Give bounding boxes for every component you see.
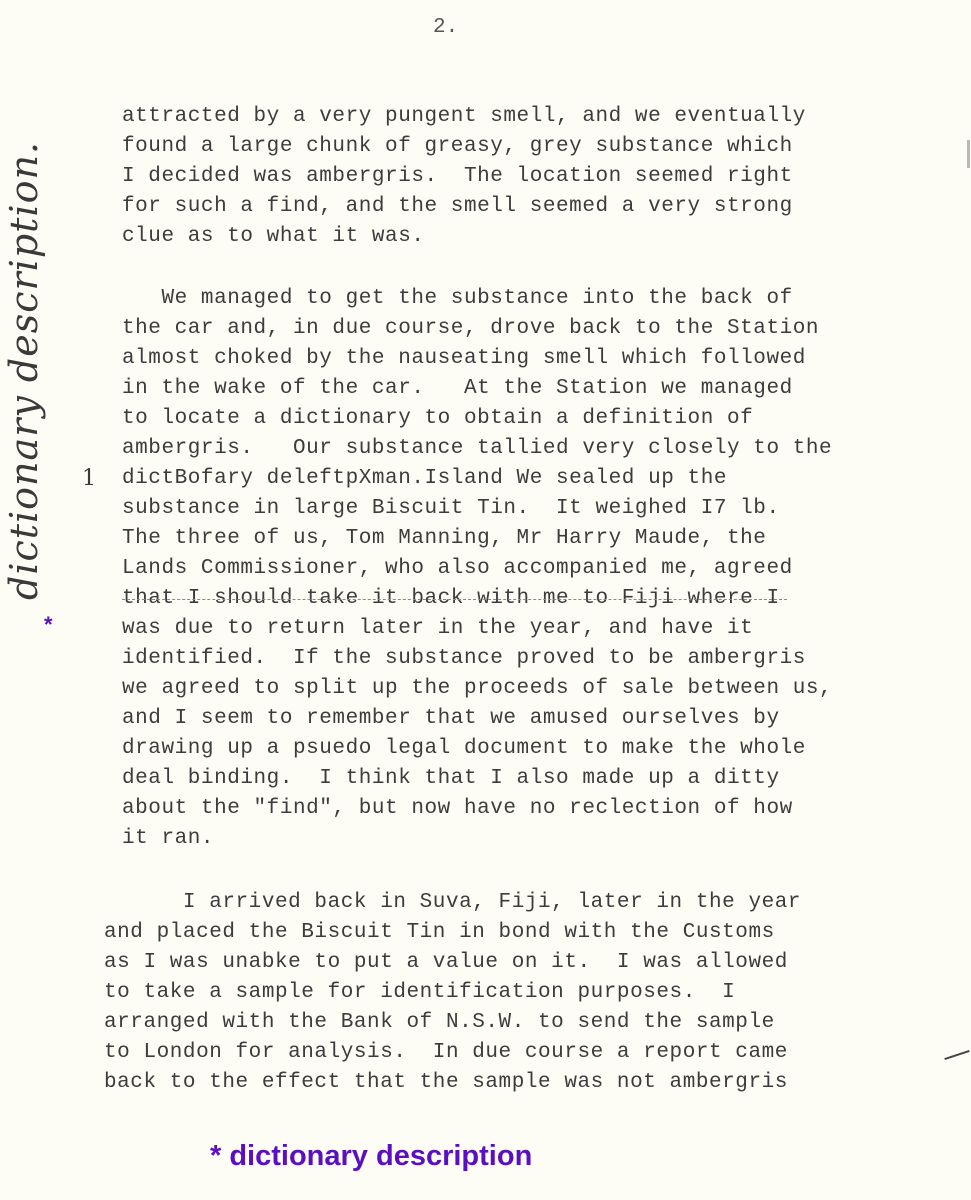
- text-line: for such a find, and the smell seemed a …: [122, 192, 806, 222]
- text-line: Lands Commissioner, who also accompanied…: [122, 554, 832, 584]
- overtyped-line: dictBofary deleftpXman.Island We sealed …: [122, 464, 832, 494]
- text-line: almost choked by the nauseating smell wh…: [122, 344, 832, 374]
- page-number: 2.: [433, 16, 458, 39]
- text-line: in the wake of the car. At the Station w…: [122, 374, 832, 404]
- paragraph-1: attracted by a very pungent smell, and w…: [122, 102, 806, 252]
- text-line: deal binding. I think that I also made u…: [122, 764, 832, 794]
- text-line: to take a sample for identification purp…: [104, 978, 801, 1008]
- text-line: we agreed to split up the proceeds of sa…: [122, 674, 832, 704]
- text-line: ambergris. Our substance tallied very cl…: [122, 434, 832, 464]
- text-line: as I was unabke to put a value on it. I …: [104, 948, 801, 978]
- text-line: The three of us, Tom Manning, Mr Harry M…: [122, 524, 832, 554]
- text-line: arranged with the Bank of N.S.W. to send…: [104, 1008, 801, 1038]
- text-line: identified. If the substance proved to b…: [122, 644, 832, 674]
- text-line: attracted by a very pungent smell, and w…: [122, 102, 806, 132]
- text-line: We managed to get the substance into the…: [122, 284, 832, 314]
- text-line: about the "find", but now have no reclec…: [122, 794, 832, 824]
- text-line: the car and, in due course, drove back t…: [122, 314, 832, 344]
- text-line: to locate a dictionary to obtain a defin…: [122, 404, 832, 434]
- handwritten-margin-note: dictionary description.: [2, 141, 46, 600]
- asterisk-marker: *: [44, 612, 53, 638]
- struck-text-line: that I should take it back with me to Fi…: [122, 584, 832, 614]
- text-line: found a large chunk of greasy, grey subs…: [122, 132, 806, 162]
- text-line: I decided was ambergris. The location se…: [122, 162, 806, 192]
- scan-edge-mark: [967, 140, 970, 168]
- text-line: drawing up a psuedo legal document to ma…: [122, 734, 832, 764]
- text-line: and placed the Biscuit Tin in bond with …: [104, 918, 801, 948]
- text-line: substance in large Biscuit Tin. It weigh…: [122, 494, 832, 524]
- margin-pen-mark: [944, 1050, 969, 1060]
- handwritten-footnote-number: 1: [82, 466, 96, 491]
- text-line: and I seem to remember that we amused ou…: [122, 704, 832, 734]
- footnote-caption: * dictionary description: [210, 1140, 532, 1173]
- text-line: back to the effect that the sample was n…: [104, 1068, 801, 1098]
- paragraph-3: I arrived back in Suva, Fiji, later in t…: [104, 888, 801, 1098]
- text-line: was due to return later in the year, and…: [122, 614, 832, 644]
- text-line: I arrived back in Suva, Fiji, later in t…: [104, 888, 801, 918]
- text-line: it ran.: [122, 824, 832, 854]
- text-line: to London for analysis. In due course a …: [104, 1038, 801, 1068]
- paragraph-2: We managed to get the substance into the…: [122, 284, 832, 854]
- text-line: clue as to what it was.: [122, 222, 806, 252]
